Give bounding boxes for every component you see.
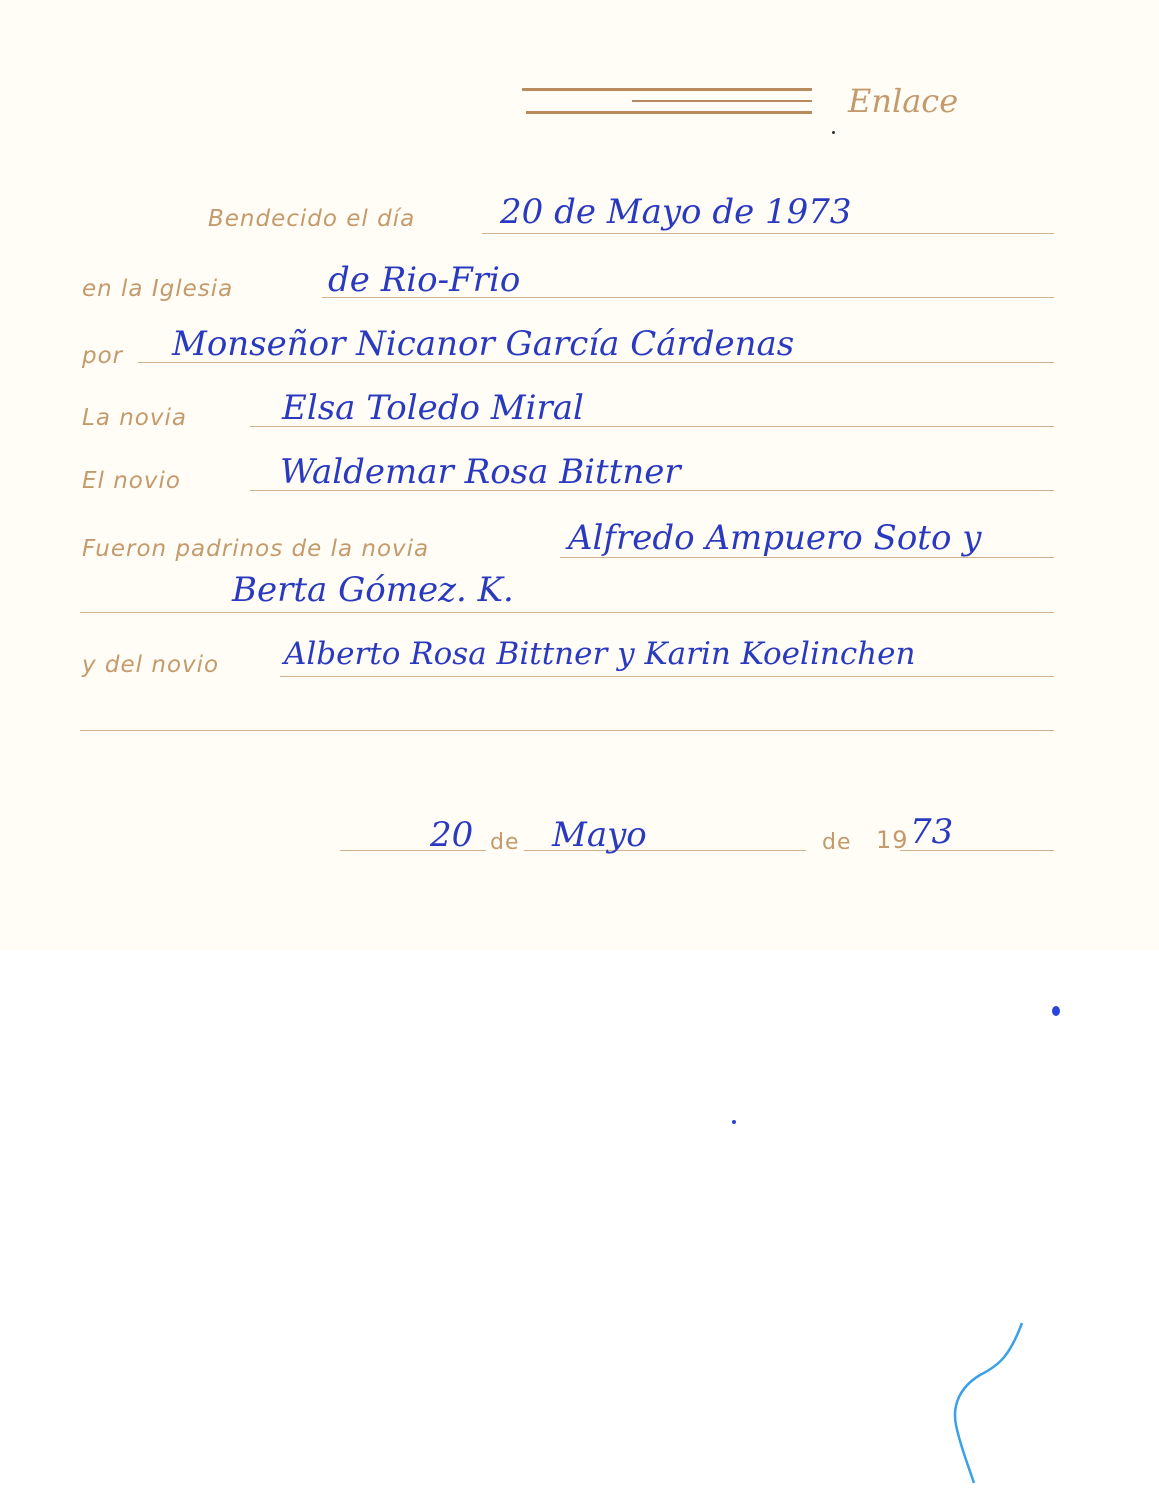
field-label: por [82, 343, 123, 369]
field-value-handwritten: Monseñor Nicanor García Cárdenas [172, 324, 794, 364]
month-handwritten: Mayo [552, 815, 647, 855]
day-handwritten: 20 [430, 815, 473, 855]
field-value-handwritten: Elsa Toledo Miral [282, 388, 584, 428]
field-value-handwritten: de Rio-Frio [328, 260, 520, 300]
fill-line [280, 676, 1054, 677]
field-value-handwritten: Alfredo Ampuero Soto y [568, 518, 981, 558]
field-label: El novio [82, 468, 181, 494]
ink-speck [832, 131, 835, 134]
field-value-handwritten: Waldemar Rosa Bittner [280, 452, 681, 492]
field-value-handwritten-line2: Berta Gómez. K. [232, 570, 514, 610]
year-handwritten: 73 [910, 812, 953, 852]
document-title: Enlace [848, 82, 958, 120]
field-label: Fueron padrinos de la novia [82, 536, 429, 562]
field-value-handwritten: Alberto Rosa Bittner y Karin Koelinchen [284, 636, 915, 672]
de-label-1: de [490, 830, 520, 855]
year-line [900, 850, 1054, 851]
field-label: La novia [82, 405, 187, 431]
field-value-handwritten: 20 de Mayo de 1973 [500, 192, 852, 232]
field-label: Bendecido el día [208, 206, 415, 232]
header-ornament-lines [522, 86, 812, 116]
fill-line [80, 612, 1054, 613]
field-label: en la Iglesia [82, 276, 233, 302]
field-label: y del novio [82, 652, 219, 678]
de-label-2: de [822, 830, 852, 855]
ink-blot [1052, 1006, 1060, 1016]
ink-speck [732, 1120, 736, 1124]
fill-line [482, 233, 1054, 234]
pen-stroke [940, 1315, 1040, 1485]
blank-fill-line [80, 730, 1054, 731]
